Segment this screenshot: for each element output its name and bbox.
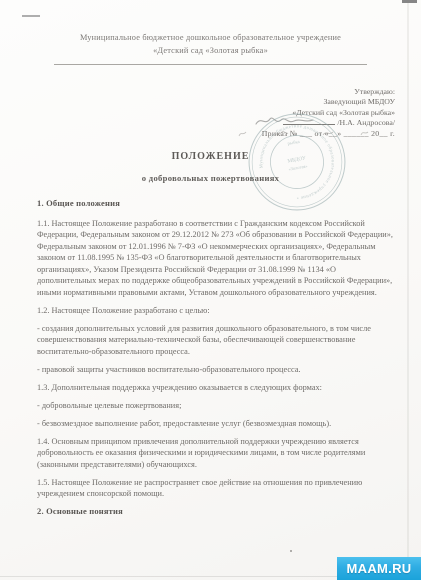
approval-block: Утверждаю: Заведующий МБДОУ «Детский сад…	[175, 87, 395, 139]
approver-position: Заведующий МБДОУ	[175, 97, 395, 107]
scan-artifact-corner-mark	[402, 0, 417, 3]
scan-artifact-dash	[22, 15, 40, 17]
org-name-line2: «Детский сад «Золотая рыбка»	[0, 44, 421, 57]
paragraph-1-3-item-2: - безвозмездное выполнение работ, предос…	[37, 418, 393, 430]
section-2-heading: 2. Основные понятия	[37, 506, 393, 518]
document-subtitle: о добровольных пожертвованиях	[0, 173, 421, 183]
approver-name: /Н.А. Андросова/	[337, 118, 395, 127]
paragraph-1-2: 1.2. Настоящее Положение разработано с ц…	[37, 305, 393, 317]
letterhead-divider	[54, 64, 367, 65]
paragraph-1-3: 1.3. Дополнительная поддержка учреждению…	[37, 382, 393, 394]
scan-artifact-speck	[290, 550, 292, 552]
document-body: 1. Общие положения 1.1. Настоящее Положе…	[37, 198, 393, 526]
section-1-heading: 1. Общие положения	[37, 198, 393, 210]
maam-ru-watermark-link[interactable]: MAAM.RU	[337, 557, 421, 580]
paragraph-1-3-item-1: - добровольные целевые пожертвования;	[37, 400, 393, 412]
document-title: ПОЛОЖЕНИЕ	[0, 151, 421, 162]
scan-artifact-fold-line	[407, 0, 409, 580]
paragraph-1-2-item-2: - правовой защиты участников воспитатель…	[37, 364, 393, 376]
paragraph-1-2-item-1: - создания дополнительных условий для ра…	[37, 323, 393, 358]
handwritten-order-entries	[195, 127, 385, 139]
handwritten-signature	[253, 114, 317, 128]
approve-label: Утверждаю:	[175, 87, 395, 97]
paragraph-1-4: 1.4. Основным принципом привлечения допо…	[37, 436, 393, 471]
scanned-document-page: Муниципальное бюджетное дошкольное образ…	[0, 0, 421, 580]
paragraph-1-5: 1.5. Настоящее Положение не распространя…	[37, 477, 393, 500]
org-name-line1: Муниципальное бюджетное дошкольное образ…	[0, 31, 421, 44]
letterhead: Муниципальное бюджетное дошкольное образ…	[0, 31, 421, 57]
paragraph-1-1: 1.1. Настоящее Положение разработано в с…	[37, 218, 393, 299]
stamp-center-line1: рыбка	[287, 140, 301, 147]
stamp-center-line3: «Золотая»	[288, 163, 308, 171]
